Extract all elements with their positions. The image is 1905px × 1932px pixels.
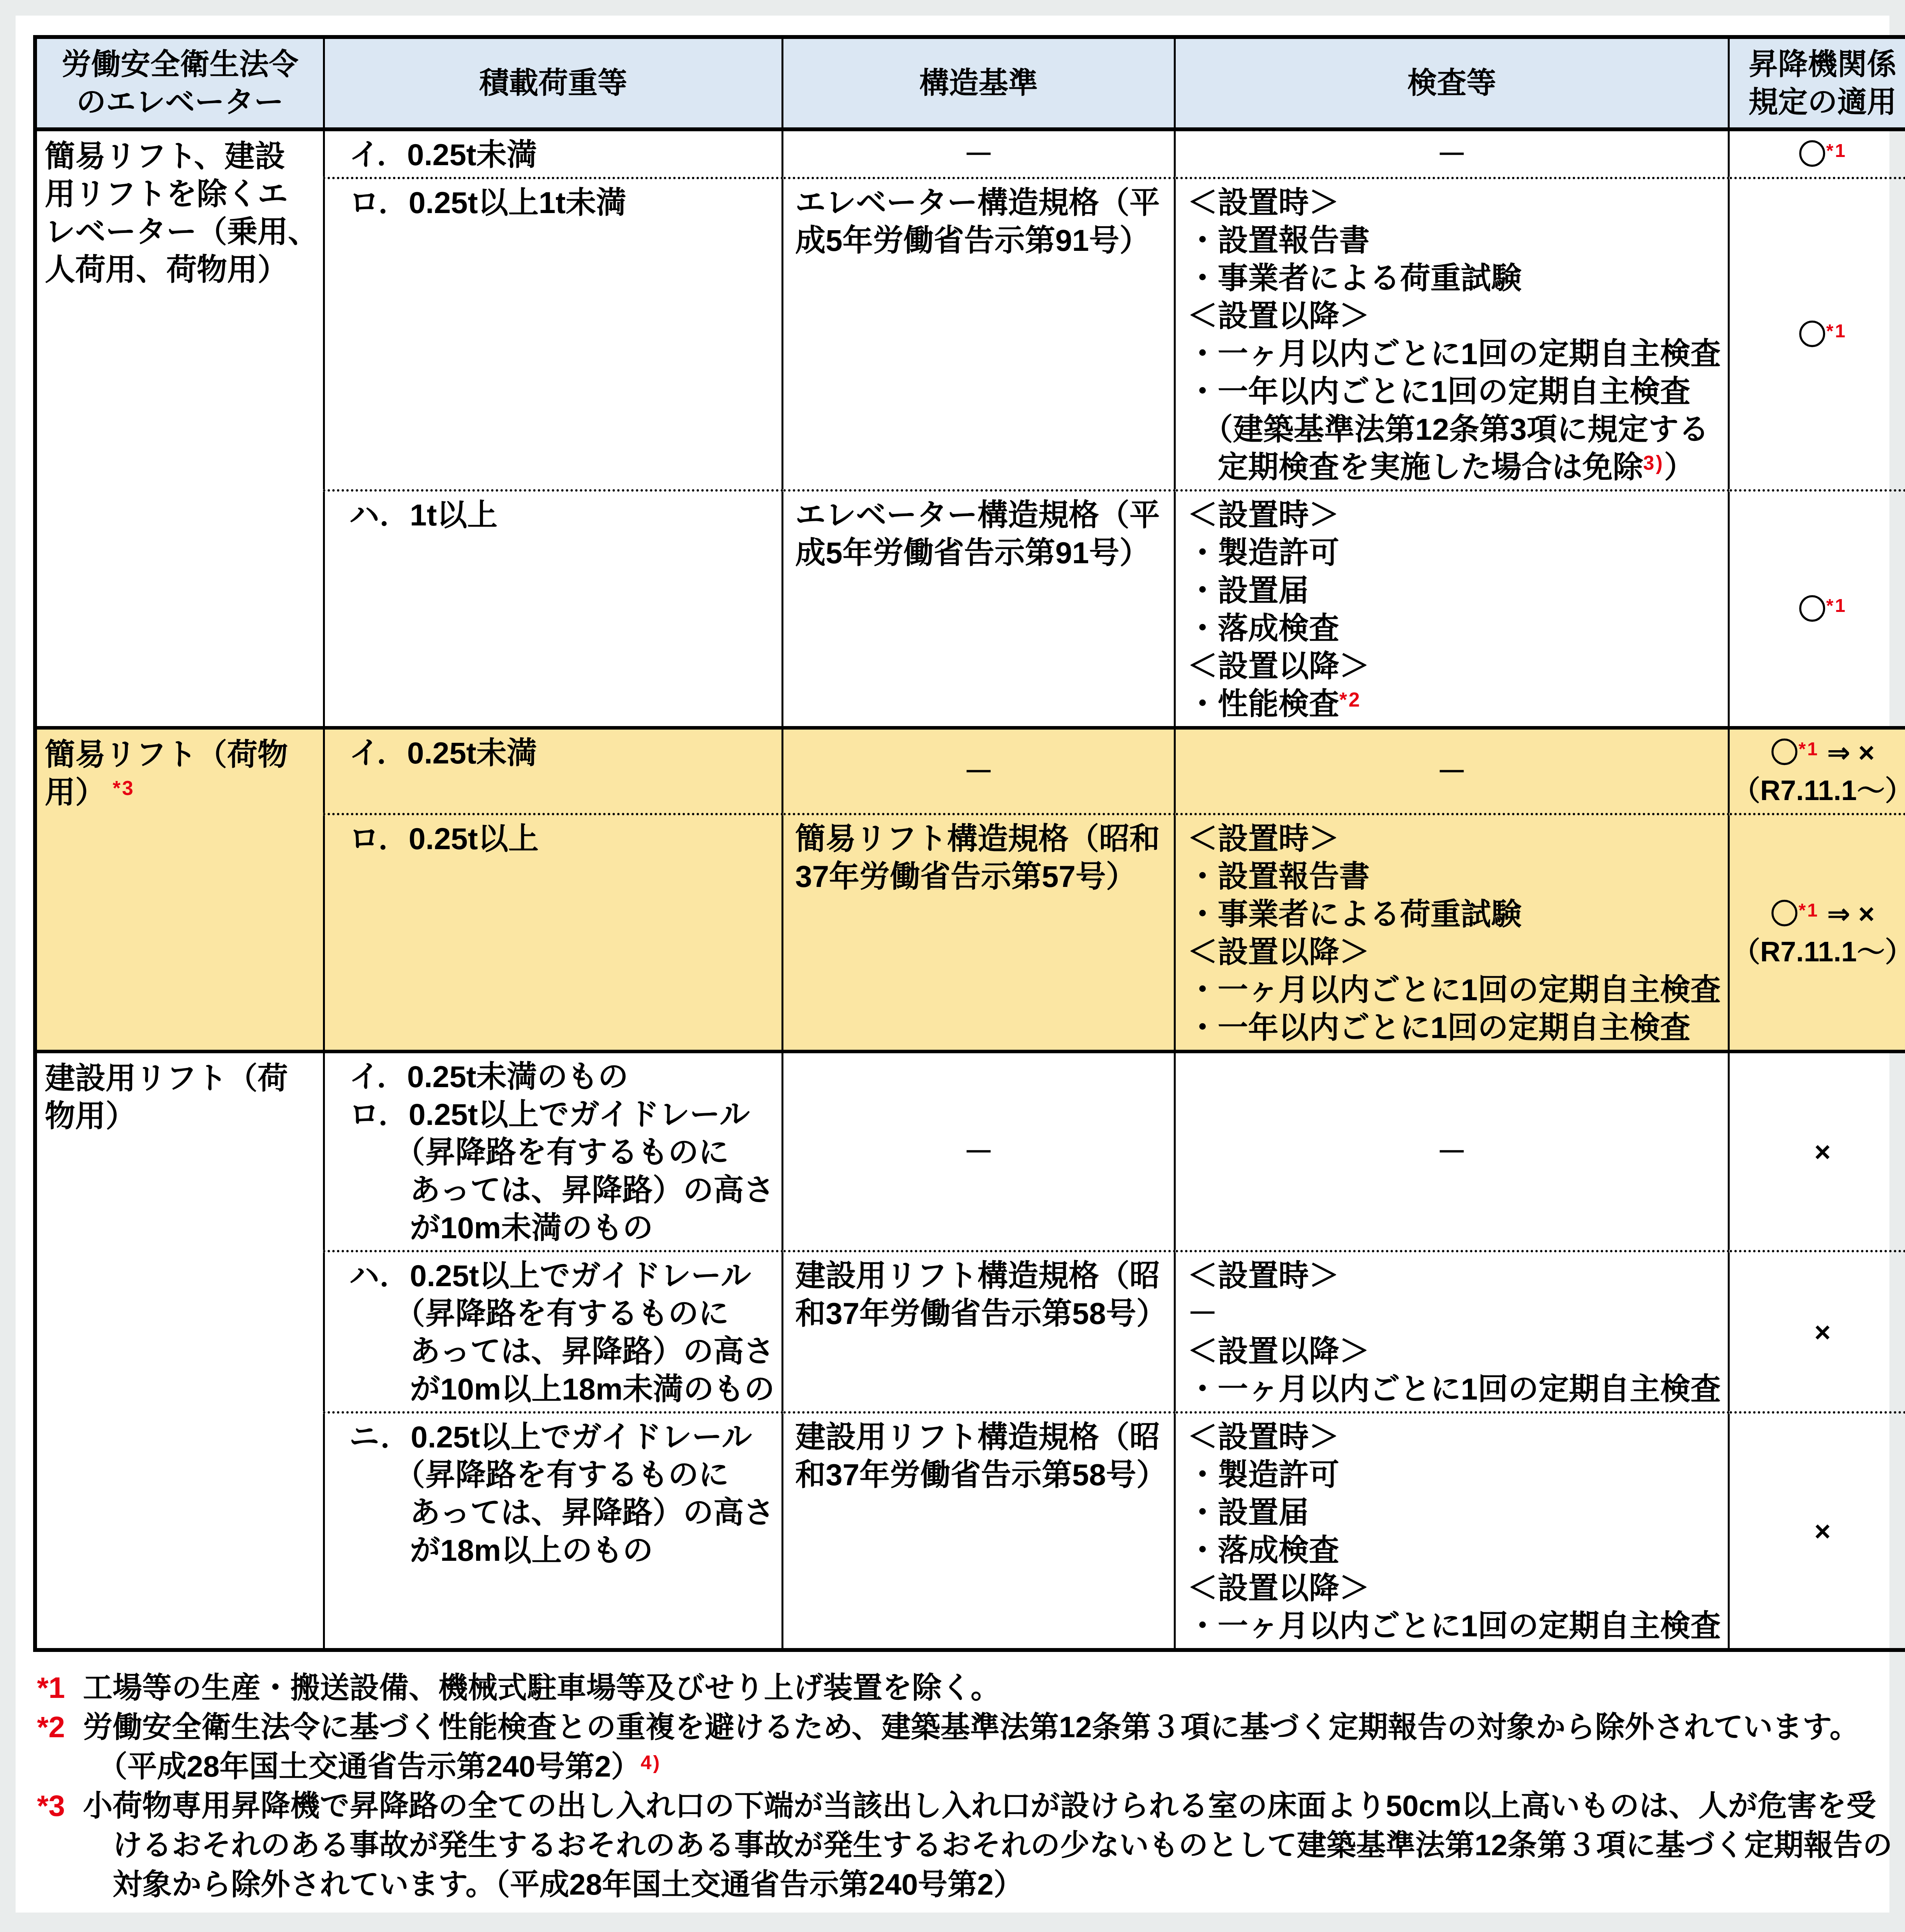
text-line: （平成28年国土交通省告示第240号第2）4) [83, 1747, 1889, 1786]
footnote-item: *3小荷物専用昇降機で昇降路の全ての出し入れ口の下端が当該出し入れ口が設けられる… [37, 1786, 1889, 1904]
text-line: × [1732, 1133, 1905, 1171]
text-line: ・一ヶ月以内ごとに1回の定期自主検査 [1187, 335, 1721, 373]
text-line: ＜設置以降＞ [1187, 933, 1721, 971]
standard-cell: － [783, 1052, 1175, 1252]
text-line: 〇*1 [1732, 591, 1905, 629]
load-cell: ロ．0.25t以上 [324, 814, 783, 1052]
text-line: 定期検査を実施した場合は免除3)） [1187, 448, 1721, 486]
text-line: 和37年労働省告示第58号） [795, 1295, 1167, 1333]
text-line: ・設置届 [1187, 572, 1721, 610]
footnote-reference: *3 [106, 777, 135, 799]
footnote-text: 工場等の生産・搬送設備、機械式駐車場等及びせり上げ装置を除く。 [83, 1668, 1889, 1708]
text-line: 簡易リフト（荷物 [45, 736, 318, 774]
text-segment: 簡易リフト、建設 [45, 139, 285, 173]
text-segment: 和37年労働省告示第58号） [795, 1296, 1167, 1331]
header-law-elevator: 労働安全衛生法令 のエレベーター [35, 37, 324, 129]
footnote-reference: 4) [641, 1752, 661, 1773]
text-segment: が18m以上のもの [349, 1533, 653, 1567]
text-line: イ．0.25t未満のもの [349, 1058, 774, 1096]
text-line: ロ．0.25t以上1t未満 [349, 184, 774, 222]
text-segment: 用） [45, 775, 106, 809]
text-line: － [1178, 1133, 1725, 1171]
text-segment: － [963, 1135, 994, 1169]
text-segment: 37年労働省告示第57号） [795, 859, 1136, 894]
text-segment: 建設用リフト構造規格（昭 [795, 1259, 1160, 1293]
text-segment: ・落成検査 [1187, 1533, 1339, 1567]
footnote-item: *1工場等の生産・搬送設備、機械式駐車場等及びせり上げ装置を除く。 [37, 1668, 1889, 1708]
text-line: 建設用リフト（荷 [45, 1059, 318, 1097]
footnote-reference: *1 [1826, 321, 1847, 341]
standard-cell: 建設用リフト構造規格（昭和37年労働省告示第58号） [783, 1251, 1175, 1412]
text-line: － [786, 1133, 1171, 1171]
text-segment: エレベーター構造規格（平 [795, 185, 1160, 220]
text-line: ・一ヶ月以内ごとに1回の定期自主検査 [1187, 971, 1721, 1009]
text-line: × [1732, 1513, 1905, 1551]
text-segment: 〇 [1771, 737, 1799, 769]
text-segment: ＜設置時＞ [1187, 1420, 1339, 1454]
text-segment: ・一ヶ月以内ごとに1回の定期自主検査 [1187, 973, 1721, 1007]
text-line: 〇*1 ⇒ × [1732, 895, 1905, 933]
text-segment: けるおそれのある事故が発生するおそれのある事故が発生するおそれの少ないものとして… [83, 1829, 1893, 1862]
text-segment: ハ．1t以上 [349, 498, 497, 532]
text-line: 簡易リフト構造規格（昭和 [795, 820, 1167, 858]
text-segment: ⇒ × [1819, 899, 1875, 930]
elevator-regulation-table: 労働安全衛生法令 のエレベーター 積載荷重等 構造基準 検査等 昇降機関係 規定… [33, 35, 1905, 1652]
text-segment: あっては、昇降路）の高さ [349, 1173, 774, 1207]
text-line: あっては、昇降路）の高さ [349, 1494, 774, 1532]
text-line: ・製造許可 [1187, 1456, 1721, 1494]
text-segment: － [1436, 137, 1467, 172]
text-line: あっては、昇降路）の高さ [349, 1333, 774, 1370]
text-line: 建設用リフト構造規格（昭 [795, 1257, 1167, 1295]
text-segment: 〇 [1798, 139, 1826, 170]
header-regulation-application: 昇降機関係 規定の適用 [1729, 37, 1905, 129]
text-line: ＜設置以降＞ [1187, 1569, 1721, 1607]
text-segment: が10m未満のもの [349, 1211, 653, 1245]
text-segment: ＜設置以降＞ [1187, 299, 1370, 333]
text-segment: イ．0.25t未満 [349, 137, 537, 172]
apply-cell: × [1729, 1251, 1905, 1412]
text-segment: ＜設置以降＞ [1187, 649, 1370, 683]
footnote-text: 労働安全衛生法令に基づく性能検査との重複を避けるため、建築基準法第12条第３項に… [83, 1708, 1889, 1786]
text-line: － [786, 753, 1171, 791]
table-body: 簡易リフト、建設用リフトを除くエレベーター（乗用、人荷用、荷物用）イ．0.25t… [35, 129, 1905, 1650]
text-line: レベーター（乗用、 [45, 213, 318, 251]
text-line: 37年労働省告示第57号） [795, 858, 1167, 895]
text-line: ・落成検査 [1187, 1532, 1721, 1569]
text-line: － [1178, 136, 1725, 174]
text-segment: （平成28年国土交通省告示第240号第2） [83, 1750, 641, 1783]
text-line: 工場等の生産・搬送設備、機械式駐車場等及びせり上げ装置を除く。 [83, 1668, 1889, 1708]
text-segment: （R7.11.1～） [1732, 775, 1905, 806]
text-segment: 〇 [1798, 594, 1826, 625]
text-segment: （昇降路を有するものに [349, 1458, 729, 1492]
text-segment: 労働安全衛生法令に基づく性能検査との重複を避けるため、建築基準法第12条第３項に… [83, 1711, 1859, 1744]
text-segment: － [1436, 1135, 1467, 1169]
footnote-reference: *2 [1339, 688, 1362, 711]
text-segment: ＜設置時＞ [1187, 1259, 1339, 1293]
text-line: ・設置届 [1187, 1494, 1721, 1532]
text-segment: 建設用リフト（荷 [45, 1061, 288, 1095]
text-segment: （昇降路を有するものに [349, 1135, 729, 1169]
text-line: ＜設置時＞ [1187, 1257, 1721, 1295]
footnote-reference: *1 [1826, 595, 1847, 616]
text-line: － [786, 136, 1171, 174]
footnote-reference: *1 [1799, 900, 1819, 921]
text-line: ・性能検査*2 [1187, 685, 1721, 723]
text-segment: 簡易リフト構造規格（昭和 [795, 821, 1160, 856]
header-load-capacity: 積載荷重等 [324, 37, 783, 129]
text-line: （昇降路を有するものに [349, 1295, 774, 1333]
header-structural-standard: 構造基準 [783, 37, 1175, 129]
text-line: （昇降路を有するものに [349, 1456, 774, 1494]
text-segment: ） [1664, 450, 1695, 484]
footnotes: *1工場等の生産・搬送設備、機械式駐車場等及びせり上げ装置を除く。*2労働安全衛… [37, 1668, 1889, 1904]
text-segment: あっては、昇降路）の高さ [349, 1495, 774, 1530]
group-label-cell: 簡易リフト、建設用リフトを除くエレベーター（乗用、人荷用、荷物用） [35, 129, 324, 728]
text-line: ・一年以内ごとに1回の定期自主検査 [1187, 1009, 1721, 1047]
text-line: ・設置報告書 [1187, 858, 1721, 895]
text-line: イ．0.25t未満 [349, 734, 774, 772]
text-line: 成5年労働省告示第91号） [795, 534, 1167, 572]
text-line: ・落成検査 [1187, 610, 1721, 647]
text-segment: ＜設置時＞ [1187, 498, 1339, 532]
text-segment: ・設置届 [1187, 1495, 1309, 1530]
text-line: ・一ヶ月以内ごとに1回の定期自主検査 [1187, 1607, 1721, 1645]
text-segment: 簡易リフト（荷物 [45, 737, 288, 772]
text-line: ロ．0.25t以上でガイドレール [349, 1096, 774, 1133]
text-segment: × [1814, 1317, 1831, 1348]
text-line: ・製造許可 [1187, 534, 1721, 572]
inspection-cell: － [1175, 728, 1729, 814]
text-line: 労働安全衛生法令に基づく性能検査との重複を避けるため、建築基準法第12条第３項に… [83, 1708, 1889, 1747]
text-line: ＜設置以降＞ [1187, 297, 1721, 335]
group-label-cell: 簡易リフト（荷物用） *3 [35, 728, 324, 1052]
footnote-marker: *1 [37, 1668, 83, 1708]
text-line: 建設用リフト構造規格（昭 [795, 1418, 1167, 1456]
text-segment: ・一ヶ月以内ごとに1回の定期自主検査 [1187, 1372, 1721, 1406]
text-segment: ＜設置時＞ [1187, 185, 1339, 220]
text-line: 和37年労働省告示第58号） [795, 1456, 1167, 1494]
text-segment: ・事業者による荷重試験 [1187, 897, 1522, 931]
text-segment: ・設置届 [1187, 573, 1309, 608]
apply-cell: 〇*1 [1729, 178, 1905, 490]
text-segment: 工場等の生産・搬送設備、機械式駐車場等及びせり上げ装置を除く。 [83, 1671, 1000, 1705]
text-line: ＜設置時＞ [1187, 184, 1721, 222]
text-line: 簡易リフト、建設 [45, 137, 318, 175]
text-line: 用） *3 [45, 774, 318, 811]
text-segment: ロ．0.25t以上1t未満 [349, 185, 626, 220]
text-line: エレベーター構造規格（平 [795, 184, 1167, 222]
text-segment: あっては、昇降路）の高さ [349, 1334, 774, 1368]
group-label-cell: 建設用リフト（荷物用） [35, 1052, 324, 1650]
table-row: 簡易リフト、建設用リフトを除くエレベーター（乗用、人荷用、荷物用）イ．0.25t… [35, 129, 1905, 178]
text-line: （R7.11.1～） [1732, 933, 1905, 971]
text-line: ＜設置以降＞ [1187, 1333, 1721, 1370]
standard-cell: － [783, 129, 1175, 178]
text-segment: 〇 [1771, 899, 1799, 930]
standard-cell: 簡易リフト構造規格（昭和37年労働省告示第57号） [783, 814, 1175, 1052]
text-line: ・設置報告書 [1187, 222, 1721, 259]
text-segment: 〇 [1798, 319, 1826, 351]
text-segment: ハ．0.25t以上でガイドレール [349, 1259, 751, 1293]
footnote-reference: *1 [1826, 141, 1847, 161]
inspection-cell: ＜設置時＞・設置報告書・事業者による荷重試験＜設置以降＞・一ヶ月以内ごとに1回の… [1175, 814, 1729, 1052]
text-line: － [1178, 753, 1725, 791]
apply-cell: 〇*1 [1729, 490, 1905, 728]
text-line: ＜設置時＞ [1187, 1418, 1721, 1456]
text-line: 〇*1 ⇒ × [1732, 734, 1905, 772]
apply-cell: × [1729, 1412, 1905, 1650]
text-segment: イ．0.25t未満 [349, 736, 537, 770]
text-line: ＜設置時＞ [1187, 496, 1721, 534]
text-segment: － [1187, 1296, 1218, 1331]
text-line: 〇*1 [1732, 136, 1905, 174]
text-line: （R7.11.1～） [1732, 772, 1905, 810]
footnote-item: *2労働安全衛生法令に基づく性能検査との重複を避けるため、建築基準法第12条第３… [37, 1708, 1889, 1786]
text-line: ＜設置時＞ [1187, 820, 1721, 858]
load-cell: イ．0.25t未満 [324, 728, 783, 814]
text-segment: 定期検査を実施した場合は免除 [1187, 450, 1643, 484]
text-line: ・一年以内ごとに1回の定期自主検査 [1187, 373, 1721, 411]
text-line: 〇*1 [1732, 316, 1905, 354]
text-segment: 人荷用、荷物用） [45, 252, 288, 287]
text-line: （建築基準法第12条第3項に規定する [1187, 411, 1721, 448]
standard-cell: － [783, 728, 1175, 814]
text-segment: ・製造許可 [1187, 536, 1339, 570]
text-line: 物用） [45, 1097, 318, 1135]
text-line: 人荷用、荷物用） [45, 251, 318, 289]
apply-cell: 〇*1 ⇒ ×（R7.11.1～） [1729, 814, 1905, 1052]
table-header: 労働安全衛生法令 のエレベーター 積載荷重等 構造基準 検査等 昇降機関係 規定… [35, 37, 1905, 129]
text-segment: ・一年以内ごとに1回の定期自主検査 [1187, 1010, 1690, 1045]
text-line: あっては、昇降路）の高さ [349, 1171, 774, 1209]
text-segment: ・一年以内ごとに1回の定期自主検査 [1187, 374, 1690, 409]
text-line: 成5年労働省告示第91号） [795, 222, 1167, 259]
table-row: 簡易リフト（荷物用） *3イ．0.25t未満－－〇*1 ⇒ ×（R7.11.1～… [35, 728, 1905, 814]
footnote-marker: *3 [37, 1786, 83, 1826]
text-line: ・一ヶ月以内ごとに1回の定期自主検査 [1187, 1370, 1721, 1408]
text-segment: エレベーター構造規格（平 [795, 498, 1160, 532]
footnote-reference: *1 [1799, 739, 1819, 760]
text-line: － [1187, 1295, 1721, 1333]
inspection-cell: ＜設置時＞－＜設置以降＞・一ヶ月以内ごとに1回の定期自主検査 [1175, 1251, 1729, 1412]
text-segment: ＜設置時＞ [1187, 821, 1339, 856]
text-segment: ロ．0.25t以上 [349, 821, 539, 856]
load-cell: イ．0.25t未満のものロ．0.25t以上でガイドレール （昇降路を有するものに… [324, 1052, 783, 1252]
text-segment: ・性能検査 [1187, 687, 1339, 721]
text-segment: － [963, 755, 994, 789]
standard-cell: 建設用リフト構造規格（昭和37年労働省告示第58号） [783, 1412, 1175, 1650]
text-segment: × [1814, 1516, 1831, 1547]
text-segment: × [1814, 1137, 1831, 1168]
text-line: ハ．1t以上 [349, 496, 774, 534]
text-line: ニ．0.25t以上でガイドレール [349, 1418, 774, 1456]
text-segment: 小荷物専用昇降機で昇降路の全ての出し入れ口の下端が当該出し入れ口が設けられる室の… [83, 1789, 1876, 1823]
text-segment: ＜設置以降＞ [1187, 1334, 1370, 1368]
text-segment: ・一ヶ月以内ごとに1回の定期自主検査 [1187, 1609, 1721, 1643]
text-segment: ・設置報告書 [1187, 859, 1370, 894]
text-segment: （建築基準法第12条第3項に規定する [1187, 412, 1709, 446]
footnote-text: 小荷物専用昇降機で昇降路の全ての出し入れ口の下端が当該出し入れ口が設けられる室の… [83, 1786, 1893, 1904]
text-line: エレベーター構造規格（平 [795, 496, 1167, 534]
text-line: ハ．0.25t以上でガイドレール [349, 1257, 774, 1295]
text-segment: ロ．0.25t以上でガイドレール [349, 1097, 750, 1132]
header-row: 労働安全衛生法令 のエレベーター 積載荷重等 構造基準 検査等 昇降機関係 規定… [35, 37, 1905, 129]
text-segment: 物用） [45, 1099, 136, 1133]
text-segment: － [963, 137, 994, 172]
inspection-cell: ＜設置時＞・製造許可・設置届・落成検査＜設置以降＞・一ヶ月以内ごとに1回の定期自… [1175, 1412, 1729, 1650]
text-line: 用リフトを除くエ [45, 175, 318, 213]
text-segment: ・一ヶ月以内ごとに1回の定期自主検査 [1187, 337, 1721, 371]
text-segment: ＜設置以降＞ [1187, 935, 1370, 969]
text-segment: イ．0.25t未満のもの [349, 1059, 628, 1094]
content-area: 労働安全衛生法令 のエレベーター 積載荷重等 構造基準 検査等 昇降機関係 規定… [16, 16, 1889, 1913]
header-inspection: 検査等 [1175, 37, 1729, 129]
text-segment: ・事業者による荷重試験 [1187, 261, 1522, 295]
text-segment: 和37年労働省告示第58号） [795, 1458, 1167, 1492]
load-cell: ハ．0.25t以上でガイドレール （昇降路を有するものに あっては、昇降路）の高… [324, 1251, 783, 1412]
footnote-reference: 3) [1643, 451, 1664, 474]
text-segment: ＜設置以降＞ [1187, 1571, 1370, 1605]
text-segment: ニ．0.25t以上でガイドレール [349, 1420, 752, 1454]
load-cell: ニ．0.25t以上でガイドレール （昇降路を有するものに あっては、昇降路）の高… [324, 1412, 783, 1650]
inspection-cell: － [1175, 129, 1729, 178]
text-line: ロ．0.25t以上 [349, 820, 774, 858]
text-line: 小荷物専用昇降機で昇降路の全ての出し入れ口の下端が当該出し入れ口が設けられる室の… [83, 1786, 1893, 1826]
text-segment: （昇降路を有するものに [349, 1296, 729, 1331]
text-segment: 対象から除外されています。（平成28年国土交通省告示第240号第2） [83, 1868, 1023, 1901]
text-line: けるおそれのある事故が発生するおそれのある事故が発生するおそれの少ないものとして… [83, 1826, 1893, 1865]
inspection-cell: ＜設置時＞・製造許可・設置届・落成検査＜設置以降＞・性能検査*2 [1175, 490, 1729, 728]
apply-cell: 〇*1 [1729, 129, 1905, 178]
text-segment: 用リフトを除くエ [45, 177, 288, 211]
text-segment: ・製造許可 [1187, 1458, 1339, 1492]
text-line: が10m以上18m未満のもの [349, 1370, 774, 1408]
text-line: が10m未満のもの [349, 1209, 774, 1247]
text-segment: ⇒ × [1819, 737, 1875, 769]
table-row: 建設用リフト（荷物用）イ．0.25t未満のものロ．0.25t以上でガイドレール … [35, 1052, 1905, 1252]
text-segment: － [1436, 755, 1467, 789]
load-cell: ロ．0.25t以上1t未満 [324, 178, 783, 490]
text-line: イ．0.25t未満 [349, 136, 774, 174]
apply-cell: 〇*1 ⇒ ×（R7.11.1～） [1729, 728, 1905, 814]
text-line: ＜設置以降＞ [1187, 647, 1721, 685]
text-segment: 建設用リフト構造規格（昭 [795, 1420, 1160, 1454]
standard-cell: エレベーター構造規格（平成5年労働省告示第91号） [783, 490, 1175, 728]
apply-cell: × [1729, 1052, 1905, 1252]
text-segment: ・設置報告書 [1187, 223, 1370, 257]
text-segment: 成5年労働省告示第91号） [795, 223, 1150, 257]
text-line: 対象から除外されています。（平成28年国土交通省告示第240号第2） [83, 1865, 1893, 1904]
text-segment: が10m以上18m未満のもの [349, 1372, 774, 1406]
text-segment: レベーター（乗用、 [45, 215, 318, 249]
standard-cell: エレベーター構造規格（平成5年労働省告示第91号） [783, 178, 1175, 490]
inspection-cell: － [1175, 1052, 1729, 1252]
text-segment: ・落成検査 [1187, 611, 1339, 645]
footnote-marker: *2 [37, 1708, 83, 1747]
text-line: が18m以上のもの [349, 1532, 774, 1569]
text-segment: 成5年労働省告示第91号） [795, 536, 1150, 570]
text-line: （昇降路を有するものに [349, 1133, 774, 1171]
text-segment: （R7.11.1～） [1732, 936, 1905, 968]
load-cell: イ．0.25t未満 [324, 129, 783, 178]
inspection-cell: ＜設置時＞・設置報告書・事業者による荷重試験＜設置以降＞・一ヶ月以内ごとに1回の… [1175, 178, 1729, 490]
text-line: ・事業者による荷重試験 [1187, 895, 1721, 933]
load-cell: ハ．1t以上 [324, 490, 783, 728]
text-line: × [1732, 1314, 1905, 1352]
text-line: ・事業者による荷重試験 [1187, 259, 1721, 297]
